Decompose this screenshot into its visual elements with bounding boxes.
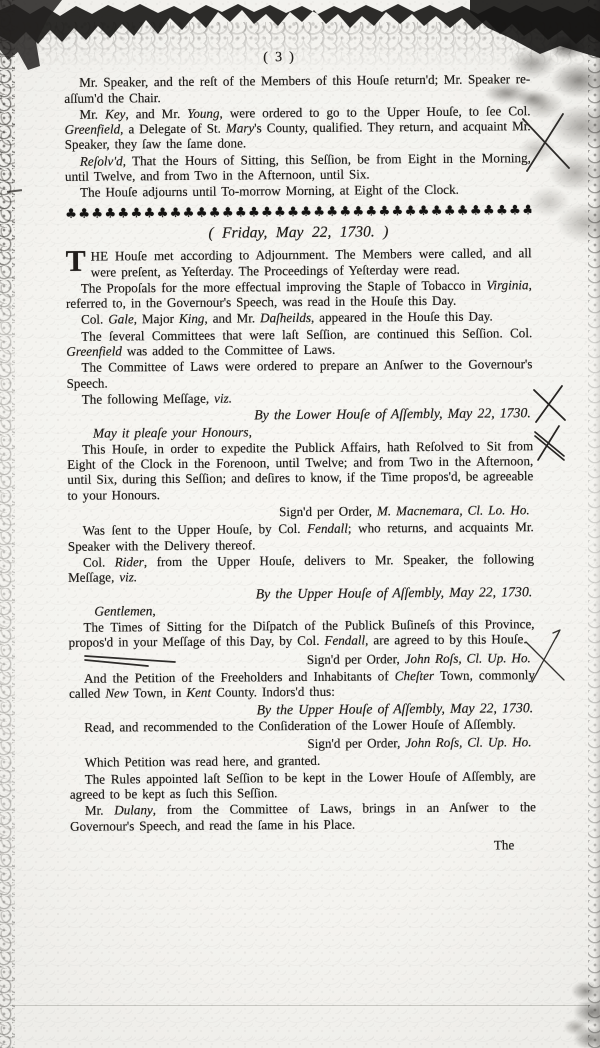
- handwritten-x-mark-double: [530, 422, 572, 464]
- paragraph: Sign'd per Order, M. Macnemara, Cl. Lo. …: [68, 502, 530, 521]
- paragraph: The Propoſals for the more effectual imp…: [66, 277, 532, 311]
- paragraph: The ſeveral Committees that were laſt Se…: [66, 325, 532, 359]
- morning-session-section: Mr. Speaker, and the reſt of the Members…: [64, 71, 531, 200]
- paragraph: The Times of Sitting for the Diſpatch of…: [68, 616, 534, 650]
- paragraph: Read, and recommended to the Conſiderati…: [69, 716, 535, 735]
- paragraph: The following Meſſage, viz.: [67, 388, 533, 407]
- paragraph: Sign'd per Order, John Roſs, Cl. Up. Ho.: [69, 734, 531, 753]
- friday-session-section: THE Houſe met according to Adjournment. …: [66, 245, 537, 833]
- paragraph: Mr. Dulany, from the Committee of Laws, …: [70, 800, 536, 834]
- printer-ornament-row: ♣♣♣♣♣♣♣♣♣♣♣♣♣♣♣♣♣♣♣♣♣♣♣♣♣♣♣♣♣♣♣♣♣♣♣♣♣♣: [65, 203, 531, 222]
- paragraph: Mr. Speaker, and the reſt of the Members…: [64, 71, 530, 105]
- paragraph: Was ſent to the Upper Houſe, by Col. Fen…: [68, 519, 534, 553]
- paragraph: This Houſe, in order to expedite the Pub…: [67, 438, 533, 503]
- paragraph: The Committee of Laws were ordered to pr…: [66, 357, 532, 391]
- paragraph: Reſolv'd, That the Hours of Sitting, thi…: [65, 150, 531, 184]
- paragraph: THE Houſe met according to Adjournment. …: [66, 245, 532, 279]
- paragraph: And the Petition of the Freeholders and …: [69, 667, 535, 701]
- session-date-heading: ( Friday, May 22, 1730. ): [65, 223, 531, 242]
- paragraph: Sign'd per Order, John Roſs, Cl. Up. Ho.: [69, 650, 531, 669]
- text-column: ( 3 ) Mr. Speaker, and the reſt of the M…: [64, 48, 536, 856]
- paper-crease-line: [10, 1005, 590, 1006]
- document-page: ( 3 ) Mr. Speaker, and the reſt of the M…: [0, 0, 600, 1048]
- paragraph: The Houſe adjourns until To-morrow Morni…: [65, 182, 531, 201]
- bottom-right-stain: [520, 953, 600, 1048]
- catchword: The: [70, 837, 536, 856]
- paragraph: Col. Rider, from the Upper Houſe, delive…: [68, 551, 534, 585]
- right-edge-speckle: [588, 0, 600, 1048]
- left-edge-speckle: [0, 0, 15, 1048]
- page-number: ( 3 ): [46, 48, 512, 67]
- handwritten-x-mark: [528, 382, 572, 426]
- paragraph: The Rules appointed laſt Seſſion to be k…: [70, 768, 536, 802]
- paragraph: Mr. Key, and Mr. Young, were ordered to …: [64, 103, 530, 153]
- drop-cap: T: [66, 250, 86, 274]
- margin-dash-mark: [7, 189, 22, 193]
